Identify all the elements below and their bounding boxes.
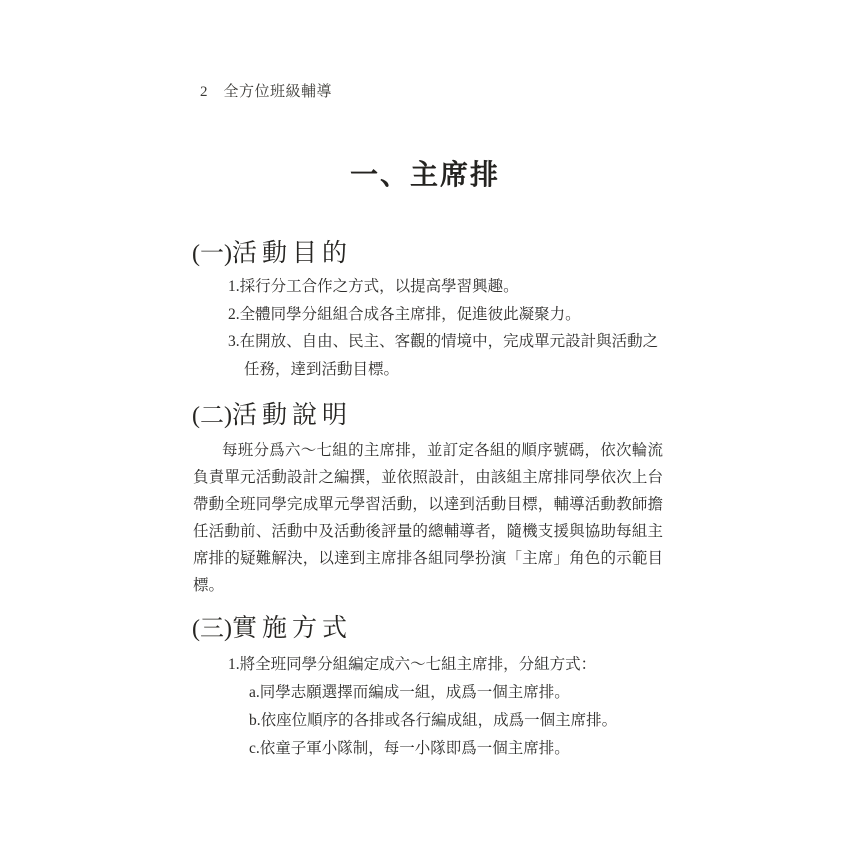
list-item: c.依童子軍小隊制，每一小隊即爲一個主席排。 [249, 735, 668, 763]
book-title: 全方位班級輔導 [224, 80, 333, 101]
list-item: 1.將全班同學分組編定成六～七組主席排，分組方式： [228, 651, 668, 679]
page-number: 2 [200, 84, 208, 101]
section-heading: (一)活動目的 [192, 239, 670, 269]
section-label: 實施方式 [232, 615, 352, 642]
list-item: b.依座位順序的各排或各行編成組，成爲一個主席排。 [249, 707, 668, 735]
implementation-list: 1.將全班同學分組編定成六～七組主席排，分組方式： a.同學志願選擇而編成一組，… [228, 651, 668, 763]
chapter-title: 一、主席排 [0, 159, 850, 193]
section-label: 活動目的 [232, 240, 352, 267]
section-number: (一) [192, 241, 232, 267]
section-heading: (二)活動說明 [192, 401, 670, 431]
section-heading: (三)實施方式 [192, 614, 670, 644]
list-item: 1.採行分工合作之方式，以提高學習興趣。 [228, 273, 668, 301]
section-label: 活動說明 [232, 402, 352, 429]
book-page: 2 全方位班級輔導 一、主席排 (一)活動目的 1.採行分工合作之方式，以提高學… [0, 0, 850, 850]
list-item: 3.在開放、自由、民主、客觀的情境中，完成單元設計與活動之任務，達到活動目標。 [228, 328, 668, 383]
section-number: (二) [192, 403, 232, 429]
list-item: a.同學志願選擇而編成一組，成爲一個主席排。 [249, 679, 668, 707]
section-activity-goals: (一)活動目的 1.採行分工合作之方式，以提高學習興趣。 2.全體同學分組組合成… [192, 239, 670, 269]
description-paragraph: 每班分爲六～七組的主席排，並訂定各組的順序號碼，依次輪流負責單元活動設計之編撰，… [193, 437, 663, 599]
running-header: 2 全方位班級輔導 [200, 80, 332, 101]
section-activity-description: (二)活動說明 每班分爲六～七組的主席排，並訂定各組的順序號碼，依次輪流負責單元… [192, 401, 670, 431]
section-number: (三) [192, 616, 232, 642]
goal-list: 1.採行分工合作之方式，以提高學習興趣。 2.全體同學分組組合成各主席排，促進彼… [228, 273, 668, 383]
list-item: 2.全體同學分組組合成各主席排，促進彼此凝聚力。 [228, 301, 668, 329]
section-implementation: (三)實施方式 1.將全班同學分組編定成六～七組主席排，分組方式： a.同學志願… [192, 614, 670, 644]
